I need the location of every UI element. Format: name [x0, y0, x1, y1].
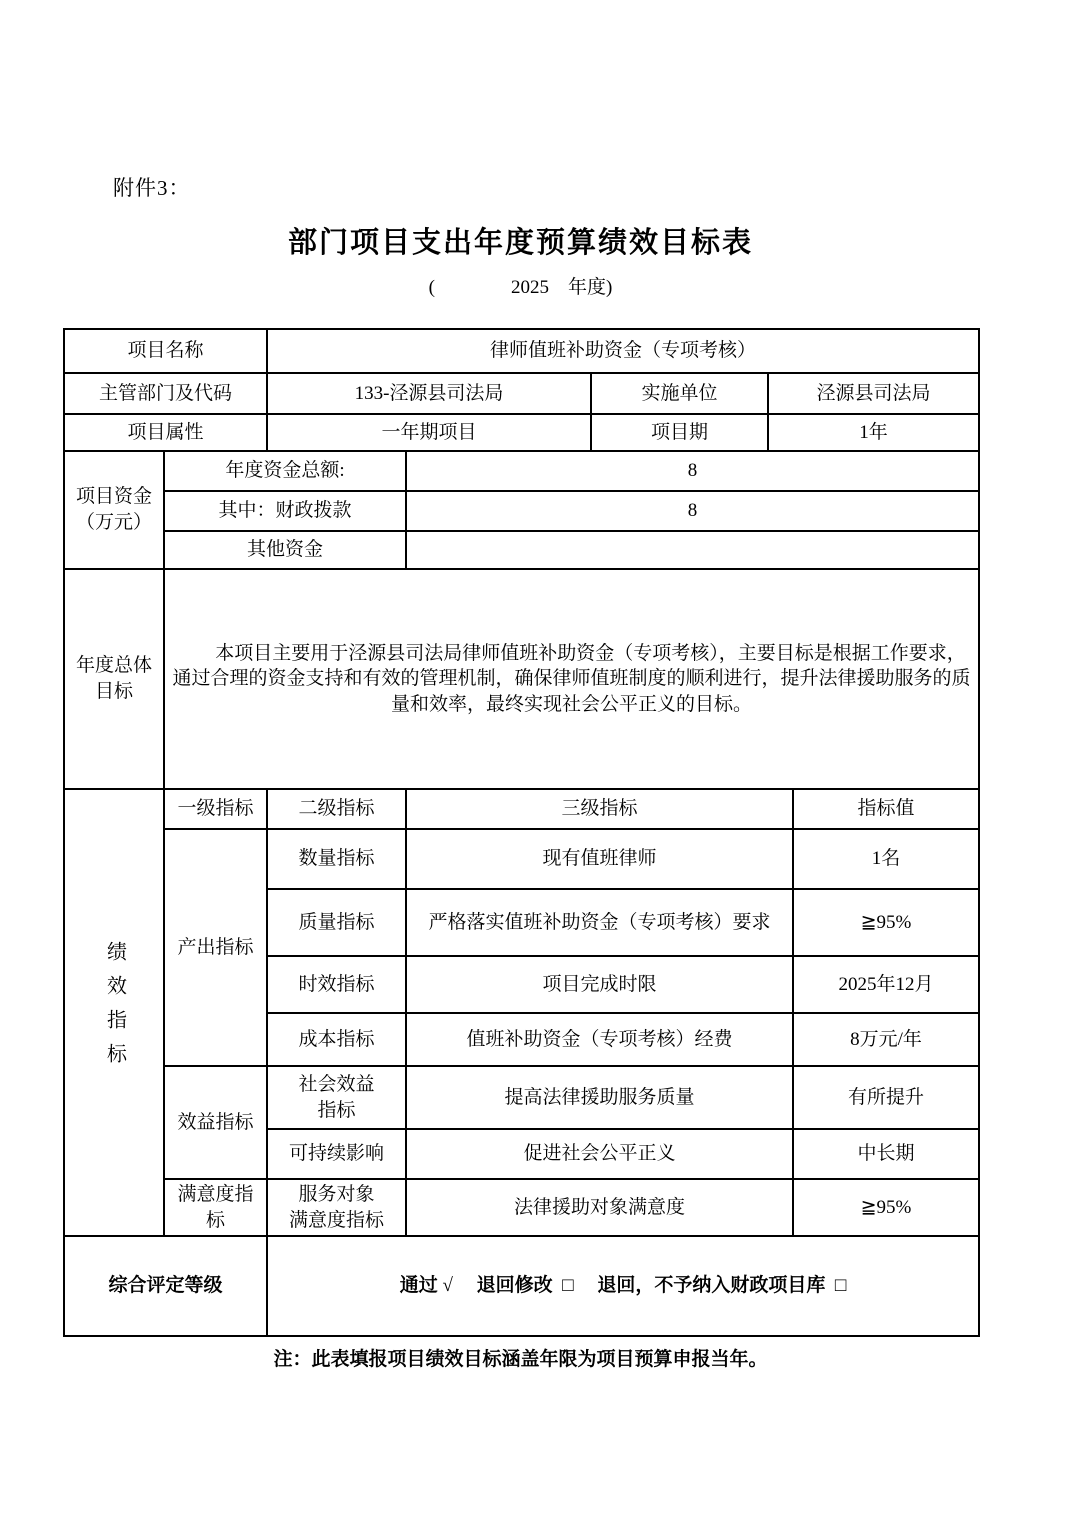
project-name-label-cell: 项目名称 [64, 329, 267, 373]
header-level2-cell: 二级指标 [267, 789, 406, 829]
level2-cell: 成本指标 [267, 1013, 406, 1066]
level3-cell: 严格落实值班补助资金（专项考核）要求 [406, 889, 793, 956]
level2-cell: 服务对象 满意度指标 [267, 1179, 406, 1236]
header-level3-cell: 三级指标 [406, 789, 793, 829]
footnote: 注：此表填报项目绩效目标涵盖年限为项目预算申报当年。 [63, 1344, 978, 1371]
table-row: 项目资金 （万元） 年度资金总额: 8 [64, 451, 979, 491]
impl-unit-label-cell: 实施单位 [591, 373, 768, 414]
indicator-value-cell: 8万元/年 [793, 1013, 979, 1066]
level1-output-cell: 产出指标 [164, 829, 267, 1066]
indicator-value-cell: ≧95% [793, 1179, 979, 1236]
dept-value-cell: 133-泾源县司法局 [267, 373, 591, 414]
level3-cell: 促进社会公平正义 [406, 1129, 793, 1179]
indicator-value-cell: 2025年12月 [793, 956, 979, 1013]
table-row: 其他资金 [64, 531, 979, 569]
level2-cell: 社会效益 指标 [267, 1066, 406, 1129]
indicators-section-label-cell: 绩效指标 [64, 789, 164, 1236]
level2-cell: 质量指标 [267, 889, 406, 956]
indicators-section-label: 绩效指标 [101, 941, 128, 1077]
attr-label-cell: 项目属性 [64, 414, 267, 451]
attr-value-cell: 一年期项目 [267, 414, 591, 451]
table-row: 年度总体 目标 本项目主要用于泾源县司法局律师值班补助资金（专项考核），主要目标… [64, 569, 979, 789]
indicator-value-cell: 1名 [793, 829, 979, 889]
level3-cell: 提高法律援助服务质量 [406, 1066, 793, 1129]
level3-cell: 法律援助对象满意度 [406, 1179, 793, 1236]
dept-label-cell: 主管部门及代码 [64, 373, 267, 414]
table-row: 主管部门及代码 133-泾源县司法局 实施单位 泾源县司法局 [64, 373, 979, 414]
annual-goal-label-cell: 年度总体 目标 [64, 569, 164, 789]
table-row: 效益指标 社会效益 指标 提高法律援助服务质量 有所提升 [64, 1066, 979, 1129]
document-page: 附件3： 部门项目支出年度预算绩效目标表 ( 2025 年度) 项目名称 律师值… [0, 0, 1074, 1520]
header-level1-cell: 一级指标 [164, 789, 267, 829]
level2-cell: 数量指标 [267, 829, 406, 889]
funding-total-value-cell: 8 [406, 451, 979, 491]
funding-other-label-cell: 其他资金 [164, 531, 406, 569]
level1-benefit-cell: 效益指标 [164, 1066, 267, 1179]
level2-cell: 时效指标 [267, 956, 406, 1013]
rating-label-cell: 综合评定等级 [64, 1236, 267, 1336]
level3-cell: 值班补助资金（专项考核）经费 [406, 1013, 793, 1066]
indicator-value-cell: ≧95% [793, 889, 979, 956]
level3-cell: 现有值班律师 [406, 829, 793, 889]
header-value-cell: 指标值 [793, 789, 979, 829]
funding-fiscal-value-cell: 8 [406, 491, 979, 531]
funding-section-label-cell: 项目资金 （万元） [64, 451, 164, 569]
level1-satisfaction-cell: 满意度指 标 [164, 1179, 267, 1236]
project-name-value-cell: 律师值班补助资金（专项考核） [267, 329, 979, 373]
attachment-label: 附件3： [113, 172, 191, 202]
funding-total-label-cell: 年度资金总额: [164, 451, 406, 491]
document-title: 部门项目支出年度预算绩效目标表 [63, 220, 978, 261]
rating-options-cell: 通过 √ 退回修改 □ 退回，不予纳入财政项目库 □ [267, 1236, 979, 1336]
table-row: 综合评定等级 通过 √ 退回修改 □ 退回，不予纳入财政项目库 □ [64, 1236, 979, 1336]
level3-cell: 项目完成时限 [406, 956, 793, 1013]
indicator-value-cell: 中长期 [793, 1129, 979, 1179]
document-subtitle: ( 2025 年度) [63, 272, 978, 299]
period-value-cell: 1年 [768, 414, 979, 451]
table-row: 满意度指 标 服务对象 满意度指标 法律援助对象满意度 ≧95% [64, 1179, 979, 1236]
indicator-value-cell: 有所提升 [793, 1066, 979, 1129]
level2-cell: 可持续影响 [267, 1129, 406, 1179]
performance-target-table: 项目名称 律师值班补助资金（专项考核） 主管部门及代码 133-泾源县司法局 实… [63, 328, 980, 1337]
table-row: 项目属性 一年期项目 项目期 1年 [64, 414, 979, 451]
funding-fiscal-label-cell: 其中：财政拨款 [164, 491, 406, 531]
funding-other-value-cell [406, 531, 979, 569]
table-row: 其中：财政拨款 8 [64, 491, 979, 531]
table-row: 产出指标 数量指标 现有值班律师 1名 [64, 829, 979, 889]
period-label-cell: 项目期 [591, 414, 768, 451]
table-row: 项目名称 律师值班补助资金（专项考核） [64, 329, 979, 373]
impl-unit-value-cell: 泾源县司法局 [768, 373, 979, 414]
table-row: 绩效指标 一级指标 二级指标 三级指标 指标值 [64, 789, 979, 829]
annual-goal-text-cell: 本项目主要用于泾源县司法局律师值班补助资金（专项考核），主要目标是根据工作要求，… [164, 569, 979, 789]
